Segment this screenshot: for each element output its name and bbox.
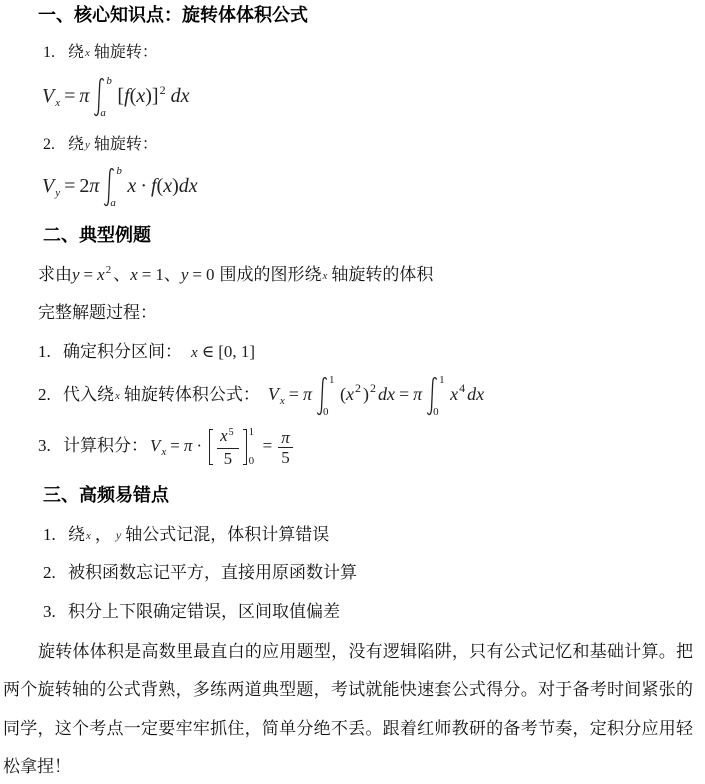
problem-text: 求由 [38,265,72,284]
step-number: 2. [38,373,63,417]
integrand-variable: x [450,384,458,404]
differential-d: d [467,384,476,404]
formula-lhs: V [42,175,54,197]
step-text: 轴旋转体积公式： [124,385,260,404]
paragraph-line: 两个旋转轴的公式背熟，多练两道典型题，考试就能快速套公式得分。对于备考时间紧张的 [3,671,693,709]
item-number: 2. [43,561,68,585]
item-number: 1. [43,523,68,547]
numerator-exponent: 5 [229,427,234,438]
item-text: 轴公式记混，体积计算错误 [125,525,329,544]
exponent: 2 [160,83,166,97]
step-text: 代入绕 [63,385,114,404]
math-variable: y [181,265,189,284]
exponent: 2 [106,264,112,276]
numerator-variable: x [220,426,228,445]
formula-lhs-subscript: x [55,97,60,109]
item-number: 1. [43,42,68,64]
mistake-item-1: 1.绕x，y轴公式记混，体积计算错误 [43,523,329,549]
integral: ba [93,77,115,117]
coefficient: 2 [79,175,89,197]
equals-sign: = [192,265,202,284]
math-value: 0 [206,265,215,284]
exponent: 4 [459,381,465,395]
integral-upper-limit: 1 [329,375,335,386]
item-text: 轴旋转： [94,44,158,61]
differential-variable: x [189,175,198,197]
integral-lower-limit: a [100,108,106,119]
formula-lhs: V [42,85,54,107]
function-argument: x [136,85,145,107]
upper-limit: 1 [249,427,255,438]
step-text: 确定积分区间： [63,342,182,361]
left-bracket [209,429,213,465]
integral: 10 [316,376,338,416]
equals-sign: = [289,384,299,404]
differential-variable: x [476,384,484,404]
problem-text: 轴旋转的体积 [331,265,433,284]
result-fraction: π5 [278,429,293,466]
formula-lhs-subscript: x [161,446,166,458]
solution-step-3: 3.计算积分：Vx=π·x5510=π5 [38,424,295,468]
base-variable: x [346,384,354,404]
axis-variable: x [86,530,91,542]
integral-upper-limit: b [116,166,122,177]
equals-sign: = [142,265,152,284]
separator: 、 [113,265,130,284]
equals-sign: = [84,265,94,284]
item-number: 3. [43,600,68,624]
fraction-denominator: 5 [224,449,233,467]
close-bracket: ] [152,85,159,107]
paragraph-line: 松拿捏！ [3,748,693,784]
integral: 10 [426,376,448,416]
pi-symbol: π [89,175,99,197]
equals-sign: = [64,175,75,197]
pi-symbol: π [79,85,89,107]
differential-d: d [171,85,181,107]
step-text: 计算积分： [63,436,148,455]
result-numerator: π [278,429,293,448]
math-variable: x [97,265,105,284]
right-paren: ) [172,175,179,197]
differential-d: d [378,384,387,404]
evaluation-limits: 10 [247,427,259,467]
separator: ， [95,525,112,544]
solution-label: 完整解题过程： [38,301,157,325]
formula-lhs: V [150,436,160,455]
integral-upper-limit: 1 [439,375,445,386]
formula-step-3: Vx=π·x5510=π5 [150,436,295,455]
item-number: 2. [43,134,68,156]
formula-step-2: Vx=π10(x2)2dx=π10x4dx [268,384,484,404]
formula-lhs-subscript: x [280,395,285,407]
evaluation-bracket: x5510 [206,425,259,469]
fraction-numerator: x5 [217,427,239,449]
element-of-symbol: ∈ [202,342,215,361]
math-value: 1 [155,265,164,284]
differential-d: d [179,175,189,197]
equals-sign: = [263,436,273,455]
section-2-heading: 二、典型例题 [43,223,151,247]
item-text: 轴旋转： [94,136,158,153]
step-number: 1. [38,340,63,364]
differential-variable: x [387,384,395,404]
equals-sign: = [64,85,75,107]
interval: [0, 1] [218,342,255,361]
math-variable: x [191,345,198,361]
pi-symbol: π [413,384,422,404]
axis-variable: y [116,528,121,542]
example-problem-statement: 求由y=x2、x=1、y=0围成的图形绕x轴旋转的体积 [38,263,433,289]
section-1-item-1: 1.绕x轴旋转： [43,42,158,65]
formula-volume-x-axis: Vx=πba[f(x)]2dx [42,74,189,118]
section-1-heading: 一、核心知识点：旋转体体积公式 [38,3,308,27]
integral-lower-limit: a [110,198,116,209]
math-variable: y [72,265,80,284]
step-number: 3. [38,424,63,468]
axis-variable: x [85,47,90,59]
solution-step-2: 2.代入绕x轴旋转体积公式：Vx=π10(x2)2dx=π10x4dx [38,372,484,416]
differential-variable: x [181,85,190,107]
axis-variable: x [115,390,120,402]
problem-text: 围成的图形绕 [219,265,321,284]
lower-limit: 0 [249,456,255,467]
item-text: 绕 [68,44,84,61]
pi-symbol: π [184,436,193,455]
mistake-item-3: 3.积分上下限确定错误，区间取值偏差 [43,600,340,624]
inner-exponent: 2 [355,381,361,395]
axis-variable: x [322,270,327,282]
conclusion-paragraph: 旋转体体积是高数里最直白的应用题型，没有逻辑陷阱，只有公式记忆和基础计算。把 两… [3,633,693,784]
equals-sign: = [170,436,180,455]
section-3-heading: 三、高频易错点 [43,483,169,507]
paragraph-line: 同学，这个考点一定要牢牢抓住，简单分绝不丢。跟着红师教研的备考节奏，定积分应用轻 [3,710,693,748]
fraction: x55 [217,427,239,467]
outer-exponent: 2 [370,381,376,395]
paragraph-line: 旋转体体积是高数里最直白的应用题型，没有逻辑陷阱，只有公式记忆和基础计算。把 [3,633,693,671]
integral: ba [103,167,125,207]
right-paren: ) [363,384,369,404]
integral-lower-limit: 0 [323,407,329,418]
integrand-variable: x [127,175,136,197]
equals-sign: = [399,384,409,404]
math-variable: x [130,265,138,284]
solution-step-1: 1.确定积分区间：x∈[0, 1] [38,340,255,365]
result-denominator: 5 [281,448,290,466]
function-argument: x [163,175,172,197]
integral-upper-limit: b [106,76,112,87]
pi-symbol: π [303,384,312,404]
multiplication-dot: · [140,175,147,197]
formula-lhs-subscript: y [55,187,60,199]
mistake-item-2: 2.被积函数忘记平方，直接用原函数计算 [43,561,357,585]
item-text: 绕 [68,525,85,544]
axis-variable: y [85,139,90,151]
formula-lhs: V [268,384,279,404]
formula-volume-y-axis: Vy=2πbax·f(x)dx [42,164,198,208]
right-paren: ) [145,85,152,107]
separator: 、 [164,265,181,284]
section-1-item-2: 2.绕y轴旋转： [43,134,158,157]
item-text: 积分上下限确定错误，区间取值偏差 [68,602,340,621]
item-text: 被积函数忘记平方，直接用原函数计算 [68,563,357,582]
item-text: 绕 [68,136,84,153]
multiplication-dot: · [196,436,202,455]
integral-lower-limit: 0 [433,407,439,418]
